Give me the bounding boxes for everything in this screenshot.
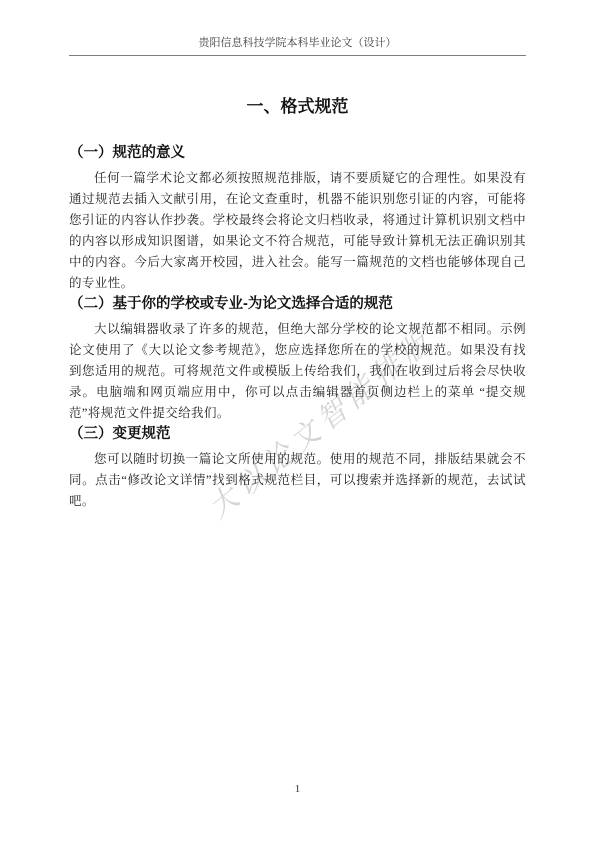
section-paragraph-3: 您可以随时切换一篇论文所使用的规范。使用的规范不同，排版结果就会不同。点击“修改…	[69, 449, 526, 512]
section-heading-3: （三）变更规范	[69, 424, 526, 444]
page-content: 贵阳信息科技学院本科毕业论文（设计） 一、格式规范 （一）规范的意义 任何一篇学…	[69, 0, 526, 512]
section-paragraph-1: 任何一篇学术论文都必须按照规范排版，请不要质疑它的合理性。如果没有通过规范去插入…	[69, 168, 526, 294]
section-heading-2: （二）基于你的学校或专业-为论文选择合适的规范	[69, 294, 526, 314]
page-number: 1	[0, 783, 595, 795]
chapter-title: 一、格式规范	[69, 96, 526, 118]
section-heading-1: （一）规范的意义	[69, 143, 526, 163]
document-page: 大以论文智能排版 贵阳信息科技学院本科毕业论文（设计） 一、格式规范 （一）规范…	[0, 0, 595, 842]
running-header: 贵阳信息科技学院本科毕业论文（设计）	[69, 0, 526, 56]
section-paragraph-2: 大以编辑器收录了许多的规范，但绝大部分学校的论文规范都不相同。示例论文使用了《大…	[69, 319, 526, 424]
